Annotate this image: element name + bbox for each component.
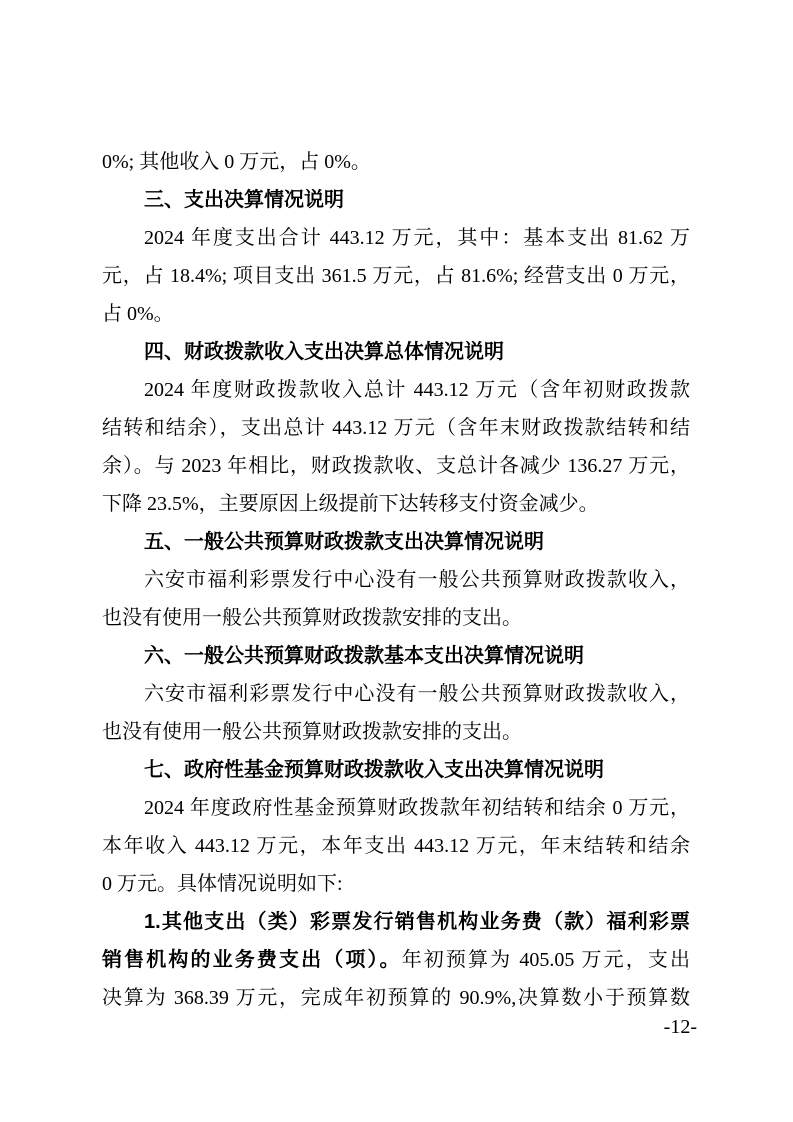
para-item1-bold-segment: 销售机构的业务费支出（项）。 bbox=[102, 949, 402, 971]
para-item1-normal-segment: 年初预算为 405.05 万元，支出 bbox=[402, 949, 690, 971]
para-item1-bold-line1: 1.其他支出（类）彩票发行销售机构业务费（款）福利彩票 bbox=[102, 903, 690, 941]
para-general-budget-basic-line2: 也没有使用一般公共预算财政拨款安排的支出。 bbox=[102, 713, 690, 751]
para-general-budget-expense-line2: 也没有使用一般公共预算财政拨款安排的支出。 bbox=[102, 599, 690, 637]
para-general-budget-basic-line1: 六安市福利彩票发行中心没有一般公共预算财政拨款收入， bbox=[102, 675, 690, 713]
para-other-income-continuation: 0%; 其他收入 0 万元，占 0%。 bbox=[102, 143, 690, 181]
para-fiscal-allocation-line4: 下降 23.5%，主要原因上级提前下达转移支付资金减少。 bbox=[102, 485, 690, 523]
para-fiscal-allocation-line3: 余）。与 2023 年相比，财政拨款收、支总计各减少 136.27 万元， bbox=[102, 447, 690, 485]
para-expenditure-summary-line2: 元，占 18.4%; 项目支出 361.5 万元，占 81.6%; 经营支出 0… bbox=[102, 257, 690, 295]
heading-section-six: 六、一般公共预算财政拨款基本支出决算情况说明 bbox=[102, 637, 690, 675]
heading-section-seven: 七、政府性基金预算财政拨款收入支出决算情况说明 bbox=[102, 751, 690, 789]
para-fiscal-allocation-line2: 结转和结余），支出总计 443.12 万元（含年末财政拨款结转和结 bbox=[102, 409, 690, 447]
para-expenditure-summary-line1: 2024 年度支出合计 443.12 万元，其中：基本支出 81.62 万 bbox=[102, 219, 690, 257]
heading-section-four: 四、财政拨款收入支出决算总体情况说明 bbox=[102, 333, 690, 371]
page-body-text: 0%; 其他收入 0 万元，占 0%。 三、支出决算情况说明 2024 年度支出… bbox=[102, 143, 690, 1017]
para-gov-fund-summary-line2: 本年收入 443.12 万元，本年支出 443.12 万元，年末结转和结余 bbox=[102, 827, 690, 865]
page-number: -12- bbox=[664, 1012, 697, 1042]
para-gov-fund-summary-line3: 0 万元。具体情况说明如下: bbox=[102, 865, 690, 903]
heading-section-five: 五、一般公共预算财政拨款支出决算情况说明 bbox=[102, 523, 690, 561]
para-gov-fund-summary-line1: 2024 年度政府性基金预算财政拨款年初结转和结余 0 万元， bbox=[102, 789, 690, 827]
para-expenditure-summary-line3: 占 0%。 bbox=[102, 295, 690, 333]
para-general-budget-expense-line1: 六安市福利彩票发行中心没有一般公共预算财政拨款收入， bbox=[102, 561, 690, 599]
document-page: 0%; 其他收入 0 万元，占 0%。 三、支出决算情况说明 2024 年度支出… bbox=[0, 0, 793, 1122]
para-fiscal-allocation-line1: 2024 年度财政拨款收入总计 443.12 万元（含年初财政拨款 bbox=[102, 371, 690, 409]
para-item1-line3: 决算为 368.39 万元，完成年初预算的 90.9%,决算数小于预算数 bbox=[102, 979, 690, 1017]
para-item1-mixed-line2: 销售机构的业务费支出（项）。年初预算为 405.05 万元，支出 bbox=[102, 941, 690, 979]
heading-section-three: 三、支出决算情况说明 bbox=[102, 181, 690, 219]
